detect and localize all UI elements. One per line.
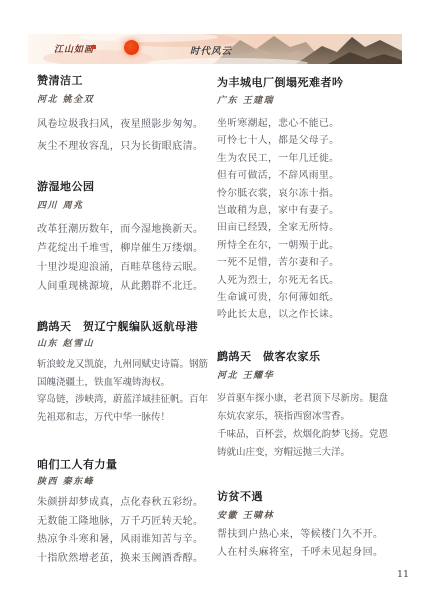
poem-you-shidi-gongyuan: 游湿地公园 四川 周兆 改革狂潮历数年，而今湿地换新天。 芦花绽出千堆雪，柳岸催…: [37, 180, 219, 296]
poem-zhegutian-nongjiale: 鹧鸪天 做客农家乐 河北 王耀华 岁首驱车探小康，老君顶下尽新房。腿盘 东炕农家…: [217, 350, 409, 462]
poem-line: 穿岛链，涉峡湾，蔚蓝洋域挂征帆。百年: [37, 391, 219, 409]
poem-title: 鹧鸪天 贺辽宁舰编队返航母港: [37, 320, 219, 334]
poem-line: 十里沙堤迎浪涌，百畦草毯待云眠。: [37, 258, 219, 277]
seal-stamp-icon: [92, 45, 96, 49]
poem-line: 热凉争斗寒和暑，风雨谁知苦与辛。: [37, 531, 219, 550]
poem-line: 生命诚可贵，尔何薄如纸。: [217, 289, 409, 306]
poem-line: 怜尔胝衣裳，哀尔冻十指。: [217, 185, 409, 202]
poem-line: 坐听寒潮起，悲心不能已。: [217, 115, 409, 132]
poem-fangpin-buyu: 访贫不遇 安徽 王啸林 帮扶到户热心来，等候楼门久不开。 人在村头麻将室，千呼未…: [217, 490, 409, 562]
poem-title: 咱们工人有力量: [37, 458, 219, 472]
poem-line: 国魄浇疆土，铁血军魂铸海权。: [37, 374, 219, 392]
poem-line: 但有可做活，不辞风雨里。: [217, 167, 409, 184]
poem-fengcheng-diangchang: 为丰城电厂倒塌死难者吟 广东 王建瑞 坐听寒潮起，悲心不能已。 可怜七十人，都是…: [217, 76, 409, 324]
poem-title: 为丰城电厂倒塌死难者吟: [217, 76, 409, 90]
red-sun-icon: [124, 40, 139, 55]
poem-line: 千味品，百杯尝，炊烟化韵梦飞扬。党恩: [217, 426, 409, 444]
poem-author: 安徽 王啸林: [217, 510, 409, 522]
poem-title: 游湿地公园: [37, 180, 219, 194]
header-banner: 江山如画 时代风云: [28, 34, 402, 64]
poem-zhegutian-liaoningjian: 鹧鸪天 贺辽宁舰编队返航母港 山东 赵雪山 斩浪蛟龙又凯旋，九州同赋史诗篇。钢筋…: [37, 320, 219, 426]
poem-zan-qingjiegong: 赞清洁工 河北 姚全双 风卷垃圾我扫风，夜星照影步匆匆。 灰尘不理妆容乱，只为长…: [37, 74, 219, 158]
poem-line: 田亩已经毁，全家无所恃。: [217, 219, 409, 236]
poem-line: 吟此长太息，以之作长诔。: [217, 306, 409, 323]
poem-line: 朱颜拼却梦成真，点化春秋五彩纷。: [37, 494, 219, 513]
poem-author: 广东 王建瑞: [217, 95, 409, 107]
poem-body: 斩浪蛟龙又凯旋，九州同赋史诗篇。钢筋 国魄浇疆土，铁血军魂铸海权。 穿岛链，涉峡…: [37, 356, 219, 426]
poem-author: 陕西 秦东峰: [37, 476, 219, 488]
poem-line: 岂敢稍为息，家中有妻子。: [217, 202, 409, 219]
poem-author: 山东 赵雪山: [37, 338, 219, 350]
poem-line: 帮扶到户热心来，等候楼门久不开。: [217, 526, 409, 544]
page-number: 11: [397, 569, 409, 580]
poem-body: 朱颜拼却梦成真，点化春秋五彩纷。 无数能工隆地脉，万千巧匠转天轮。 热凉争斗寒和…: [37, 494, 219, 568]
poem-title: 鹧鸪天 做客农家乐: [217, 350, 409, 364]
poem-body: 改革狂潮历数年，而今湿地换新天。 芦花绽出千堆雪，柳岸催生万缕烟。 十里沙堤迎浪…: [37, 220, 219, 296]
poem-line: 可怜七十人，都是父母子。: [217, 132, 409, 149]
poem-body: 风卷垃圾我扫风，夜星照影步匆匆。 灰尘不理妆容乱，只为长街眼底清。: [37, 114, 219, 158]
poem-line: 十指欣然增老茧，换来玉阙酒香醇。: [37, 550, 219, 569]
poem-line: 一死不足惜，苦尔妻和子。: [217, 254, 409, 271]
poem-body: 岁首驱车探小康，老君顶下尽新房。腿盘 东炕农家乐，筷指西窗冰雪香。 千味品，百杯…: [217, 390, 409, 462]
poem-line: 人在村头麻将室，千呼未见起身回。: [217, 544, 409, 562]
poem-line: 人间重现桃源境，从此鹅群不北迁。: [37, 277, 219, 296]
poem-line: 改革狂潮历数年，而今湿地换新天。: [37, 220, 219, 239]
poem-title: 赞清洁工: [37, 74, 219, 88]
poem-author: 四川 周兆: [37, 200, 219, 212]
poem-zanmen-gongren: 咱们工人有力量 陕西 秦东峰 朱颜拼却梦成真，点化春秋五彩纷。 无数能工隆地脉，…: [37, 458, 219, 568]
poem-line: 铸就山庄变，穷帽远抛三大洋。: [217, 444, 409, 462]
magazine-page: 江山如画 时代风云 赞清洁工 河北 姚全双 风卷垃圾我扫风，夜星照影步匆匆。 灰…: [0, 0, 425, 600]
banner-center-calligraphy: 时代风云: [190, 43, 232, 57]
poem-body: 坐听寒潮起，悲心不能已。 可怜七十人，都是父母子。 生为农民工，一年几迁徙。 但…: [217, 115, 409, 324]
poem-line: 岁首驱车探小康，老君顶下尽新房。腿盘: [217, 390, 409, 408]
poem-line: 无数能工隆地脉，万千巧匠转天轮。: [37, 513, 219, 532]
poem-line: 人死为烈士，尔死无名氏。: [217, 272, 409, 289]
poem-line: 芦花绽出千堆雪，柳岸催生万缕烟。: [37, 239, 219, 258]
poem-line: 先祖郑和志，万代中华一脉传！: [37, 409, 219, 427]
poem-author: 河北 姚全双: [37, 94, 219, 106]
banner-left-calligraphy: 江山如画: [54, 42, 94, 55]
poem-line: 风卷垃圾我扫风，夜星照影步匆匆。: [37, 114, 219, 136]
poem-author: 河北 王耀华: [217, 370, 409, 382]
poem-line: 所恃全在尔，一朝殒于此。: [217, 237, 409, 254]
poem-title: 访贫不遇: [217, 490, 409, 504]
poem-line: 生为农民工，一年几迁徙。: [217, 150, 409, 167]
poem-line: 斩浪蛟龙又凯旋，九州同赋史诗篇。钢筋: [37, 356, 219, 374]
poem-line: 东炕农家乐，筷指西窗冰雪香。: [217, 408, 409, 426]
poem-body: 帮扶到户热心来，等候楼门久不开。 人在村头麻将室，千呼未见起身回。: [217, 526, 409, 562]
poem-line: 灰尘不理妆容乱，只为长街眼底清。: [37, 136, 219, 158]
